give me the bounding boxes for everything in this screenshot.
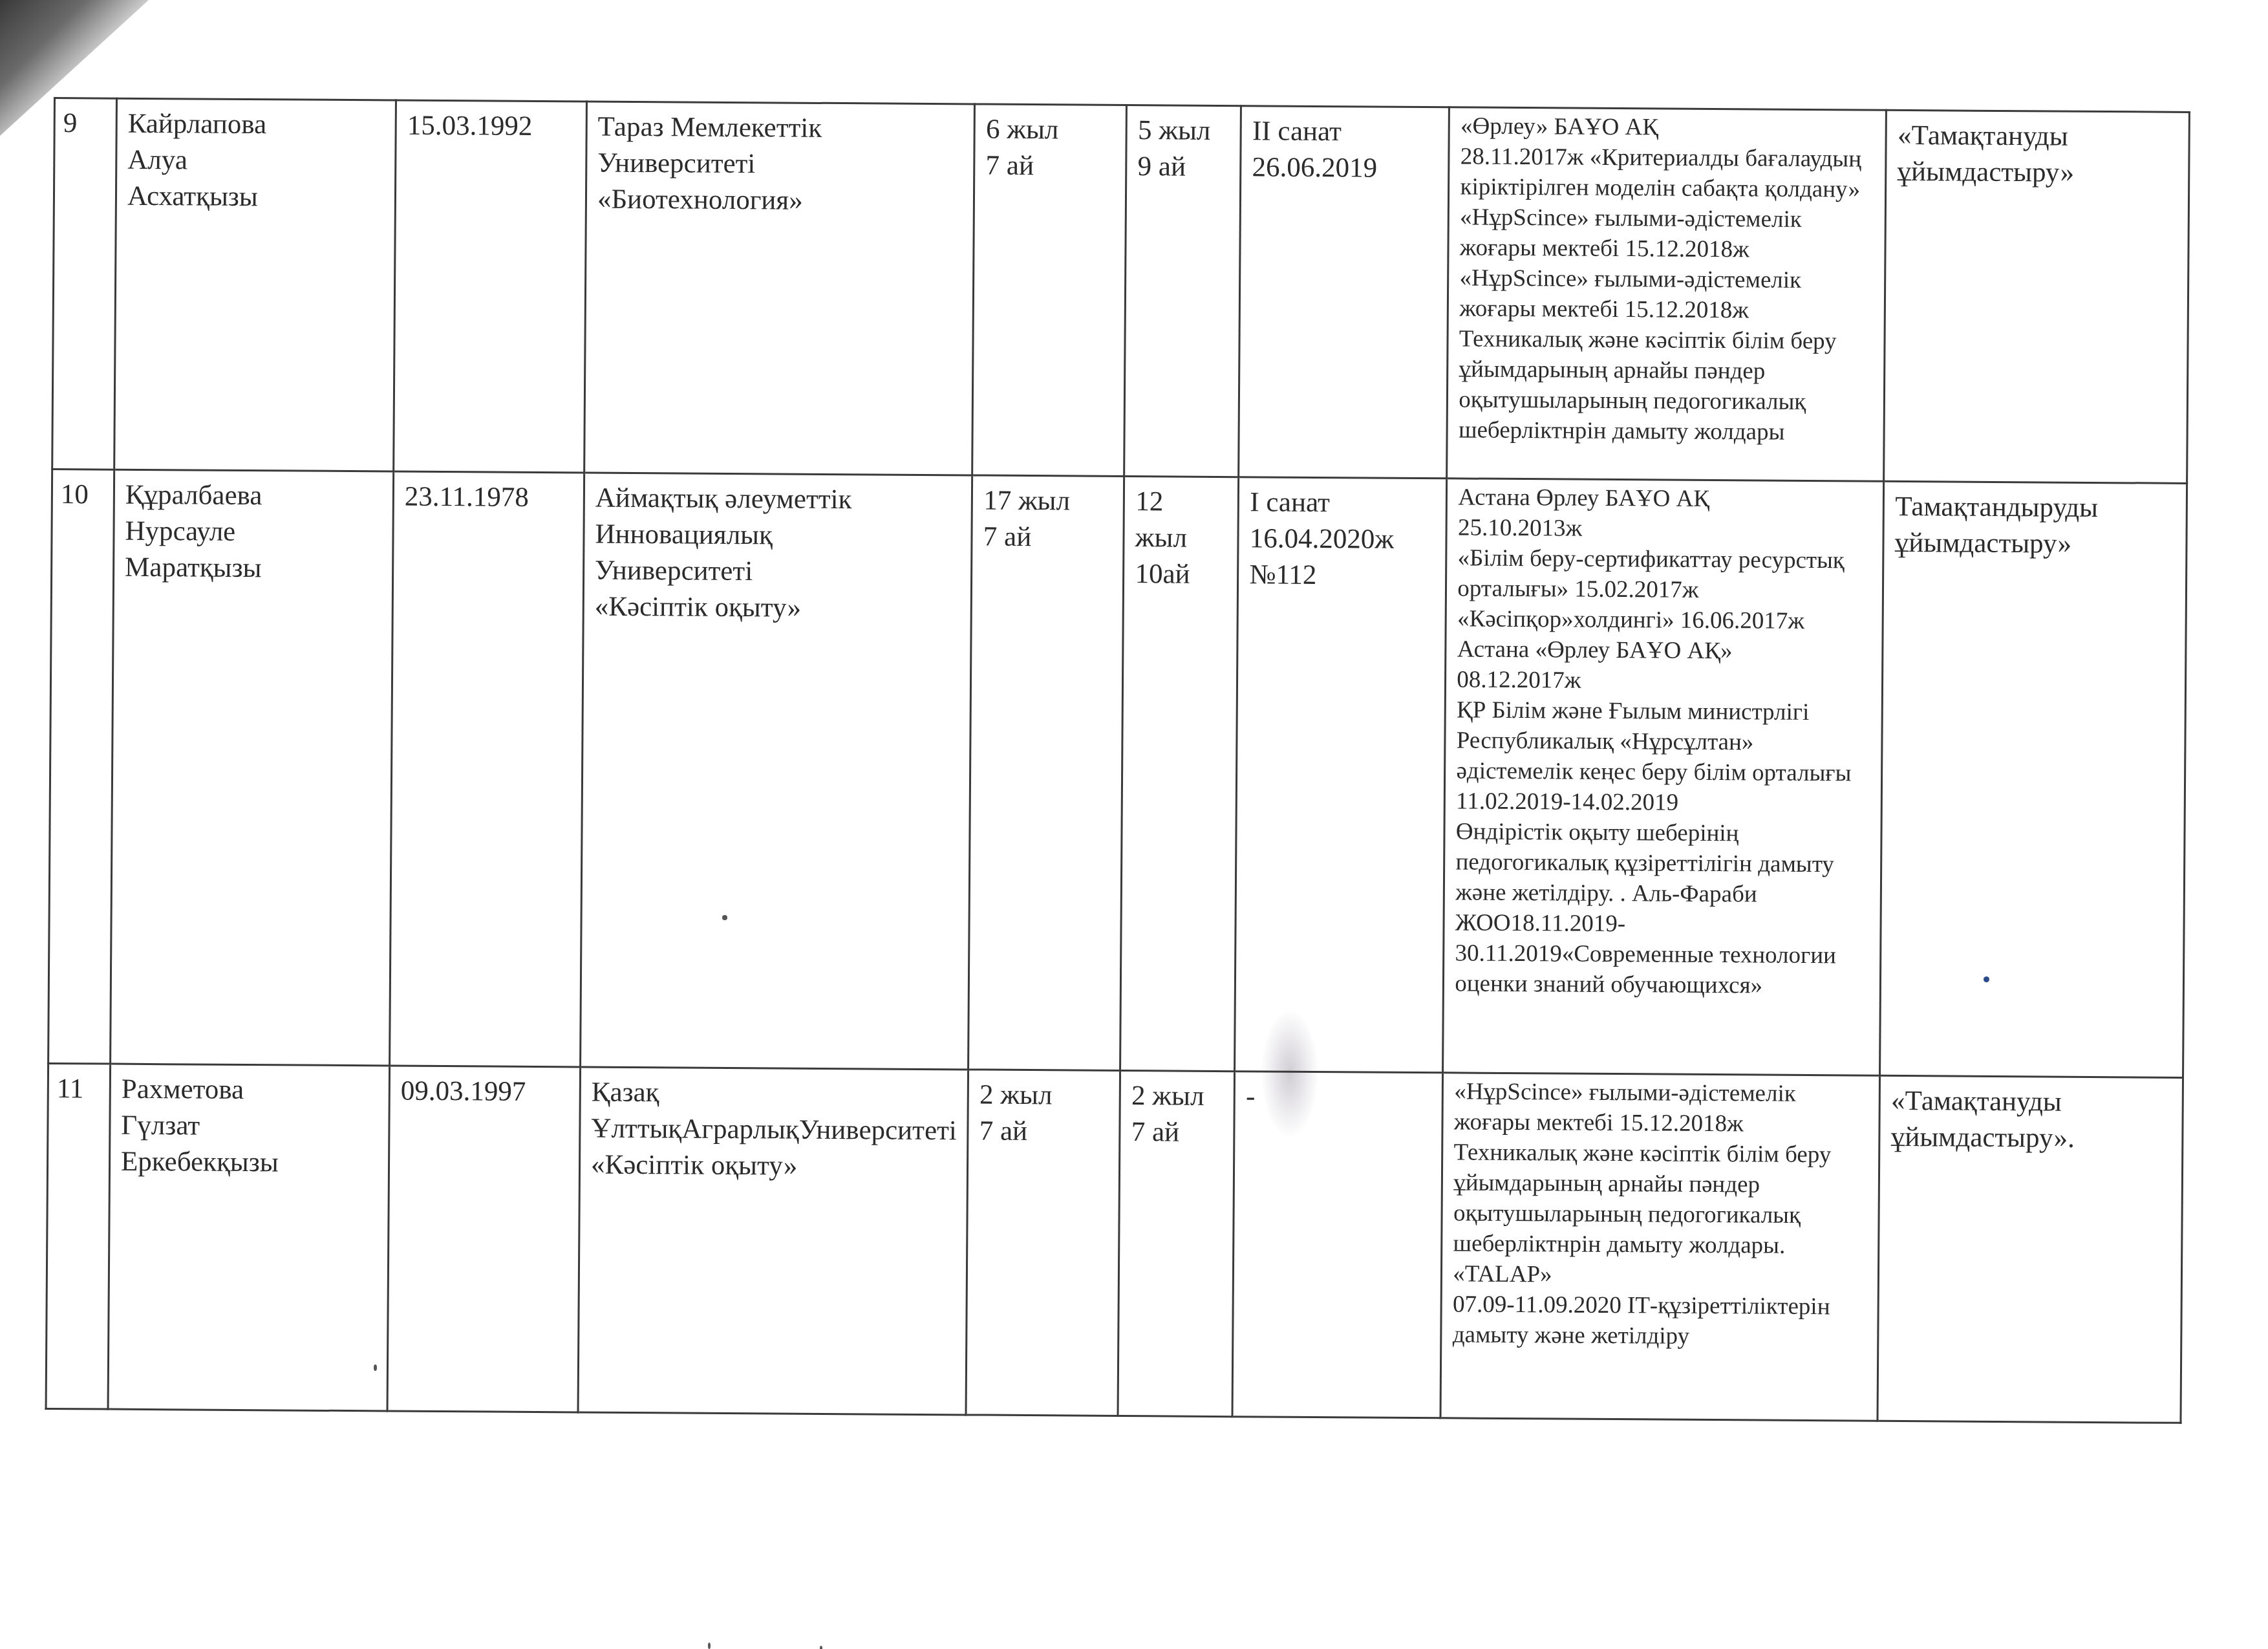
professional-training: «НұрScince» ғылыми-әдістемелік жоғары ме…: [1440, 1073, 1880, 1421]
birth-date: 23.11.1978: [390, 471, 584, 1067]
scan-speck: [1984, 976, 1989, 982]
full-name: Кайрлапова Алуа Асхатқызы: [114, 98, 396, 471]
qualification-category: ІІ санат 26.06.2019: [1239, 106, 1450, 479]
education: Аймақтық әлеуметтік Инновациялық Универс…: [581, 473, 972, 1070]
scan-speck: [722, 915, 727, 920]
professional-training: «Өрлеу» БАҰО АҚ 28.11.2017ж «Критериалды…: [1447, 107, 1887, 481]
total-experience: 17 жыл 7 ай: [968, 475, 1124, 1071]
table-row: 9 Кайрлапова Алуа Асхатқызы 15.03.1992 Т…: [52, 98, 2190, 484]
subject-taught: «Тамақтануды ұйымдастыру».: [1878, 1075, 2183, 1423]
subject-taught: «Тамақтануды ұйымдастыру»: [1884, 110, 2190, 483]
subject-taught: Тамақтандыруды ұйымдастыру»: [1880, 481, 2187, 1077]
professional-training: Астана Өрлеу БАҰО АҚ 25.10.2013ж «Білім …: [1443, 479, 1884, 1075]
total-experience: 2 жыл 7 ай: [966, 1070, 1120, 1416]
table-row: 11 Рахметова Гүлзат Еркебекқызы 09.03.19…: [46, 1063, 2183, 1423]
teaching-experience: 12 жыл 10ай: [1120, 476, 1239, 1071]
birth-date: 09.03.1997: [387, 1066, 581, 1412]
full-name: Рахметова Гүлзат Еркебекқызы: [108, 1064, 390, 1411]
scan-speck: [708, 1643, 711, 1649]
scan-speck: [374, 1364, 377, 1371]
education: Қазақ ҰлттықАграрлықУниверситеті «Кәсіпт…: [578, 1067, 968, 1415]
row-number: 9: [52, 98, 117, 470]
total-experience: 6 жыл 7 ай: [972, 104, 1127, 477]
qualification-category: -: [1232, 1072, 1443, 1418]
full-name: Құралбаева Нурсауле Маратқызы: [111, 469, 394, 1066]
qualification-category: І санат 16.04.2020ж №112: [1235, 477, 1447, 1073]
education: Тараз Мемлекеттік Университеті «Биотехно…: [584, 102, 975, 475]
teaching-experience: 2 жыл 7 ай: [1118, 1070, 1235, 1416]
scan-speck: [820, 1646, 822, 1649]
table-row: 10 Құралбаева Нурсауле Маратқызы 23.11.1…: [48, 469, 2187, 1077]
teaching-experience: 5 жыл 9 ай: [1124, 105, 1241, 477]
row-number: 10: [48, 469, 114, 1064]
staff-table: 9 Кайрлапова Алуа Асхатқызы 15.03.1992 Т…: [45, 97, 2191, 1424]
row-number: 11: [46, 1063, 111, 1409]
birth-date: 15.03.1992: [394, 100, 587, 473]
